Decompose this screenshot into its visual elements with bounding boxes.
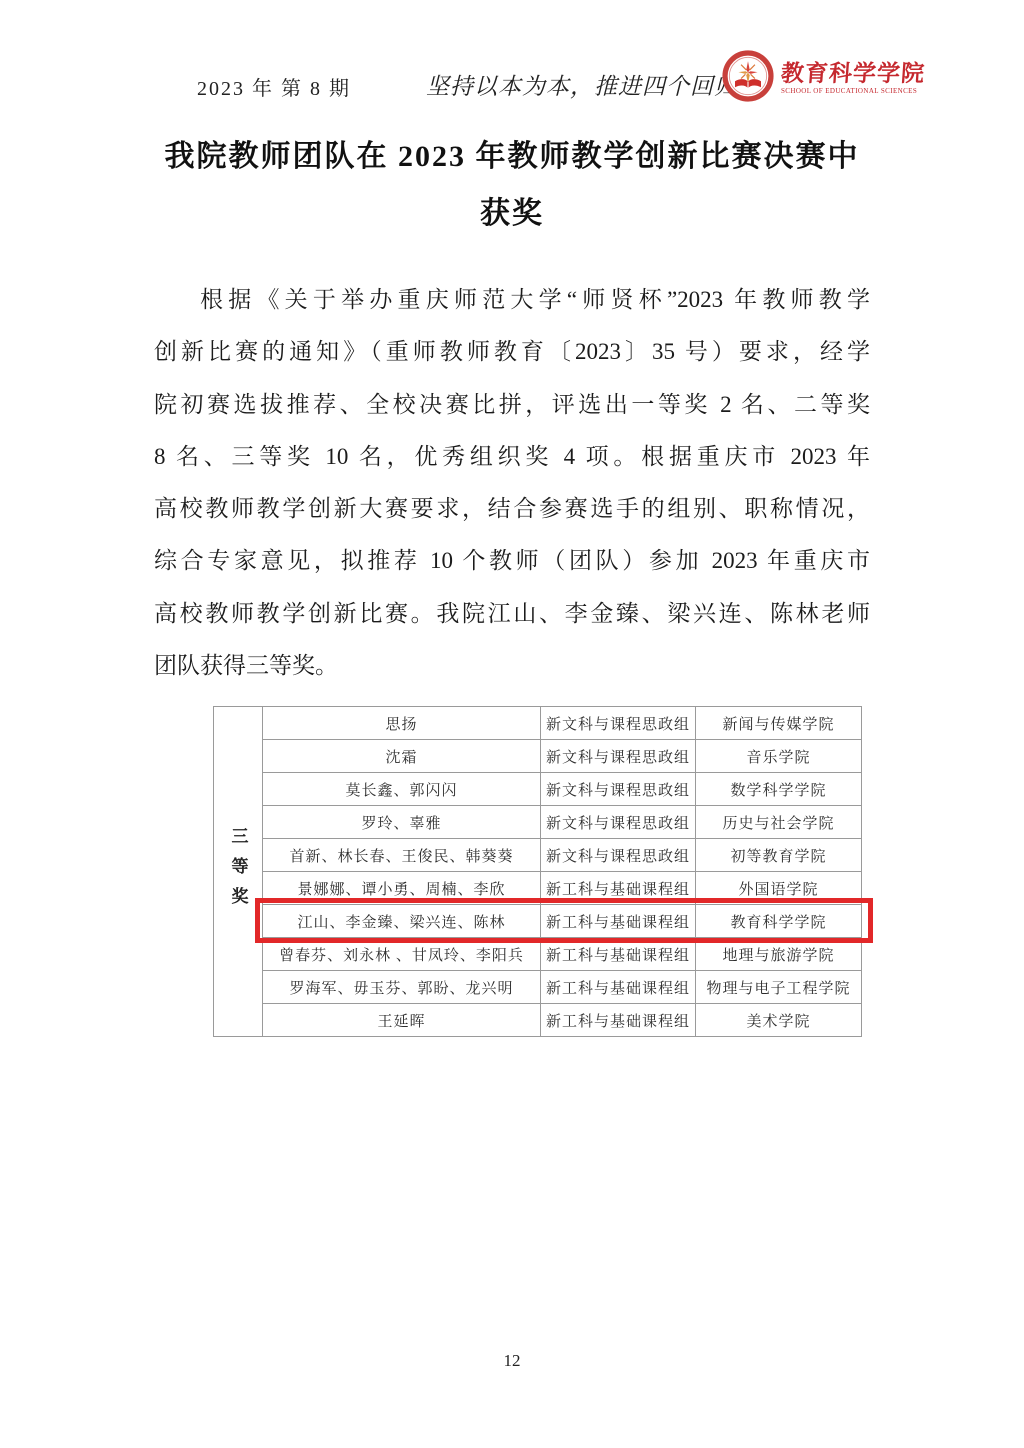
cell-names: 首新、林长春、王俊民、韩葵葵: [263, 839, 541, 872]
article-title: 我院教师团队在 2023 年教师教学创新比赛决赛中 获奖: [0, 128, 1024, 242]
article-title-line2: 获奖: [0, 185, 1024, 242]
paragraph-line: 8 名、三等奖 10 名，优秀组织奖 4 项。根据重庆市 2023 年: [154, 431, 870, 483]
paragraph-line: 综合专家意见，拟推荐 10 个教师（团队）参加 2023 年重庆市: [154, 535, 870, 587]
table-row: 景娜娜、谭小勇、周楠、李欣 新工科与基础课程组 外国语学院: [214, 872, 862, 905]
cell-group: 新工科与基础课程组: [541, 905, 696, 938]
paragraph-line: 创新比赛的通知》（重师教师教育〔2023〕35 号）要求，经学: [154, 326, 870, 378]
award-category-label: 三等奖: [226, 827, 251, 917]
cell-names: 莫长鑫、郭闪闪: [263, 773, 541, 806]
paragraph-line: 高校教师教学创新大赛要求，结合参赛选手的组别、职称情况，: [154, 483, 870, 535]
table-row: 曾春芬、刘永林 、甘凤玲、李阳兵 新工科与基础课程组 地理与旅游学院: [214, 938, 862, 971]
cell-names: 沈霜: [263, 740, 541, 773]
cell-group: 新工科与基础课程组: [541, 872, 696, 905]
table-row: 王延晖 新工科与基础课程组 美术学院: [214, 1004, 862, 1037]
cell-group: 新文科与课程思政组: [541, 806, 696, 839]
cell-names: 思扬: [263, 707, 541, 740]
issue-label: 2023 年 第 8 期: [197, 72, 351, 101]
cell-college: 数学科学学院: [696, 773, 862, 806]
table-row: 罗玲、辜雅 新文科与课程思政组 历史与社会学院: [214, 806, 862, 839]
cell-college: 教育科学学院: [696, 905, 862, 938]
cell-group: 新工科与基础课程组: [541, 938, 696, 971]
cell-college: 地理与旅游学院: [696, 938, 862, 971]
cell-college: 音乐学院: [696, 740, 862, 773]
table-row-highlighted: 江山、李金臻、梁兴连、陈林 新工科与基础课程组 教育科学学院: [214, 905, 862, 938]
bulletin-page: 2023 年 第 8 期 坚持以本为本，推进四个回归 教育科学学院 SCHOOL…: [0, 0, 1024, 1448]
cell-names: 景娜娜、谭小勇、周楠、李欣: [263, 872, 541, 905]
school-emblem-icon: [722, 50, 774, 107]
table-row: 罗海军、毋玉芬、郭盼、龙兴明 新工科与基础课程组 物理与电子工程学院: [214, 971, 862, 1004]
cell-names: 王延晖: [263, 1004, 541, 1037]
cell-names: 曾春芬、刘永林 、甘凤玲、李阳兵: [263, 938, 541, 971]
table-row: 三等奖 思扬 新文科与课程思政组 新闻与传媒学院: [214, 707, 862, 740]
cell-names: 罗玲、辜雅: [263, 806, 541, 839]
cell-group: 新工科与基础课程组: [541, 1004, 696, 1037]
logo-title: 教育科学学院: [780, 61, 926, 86]
cell-group: 新文科与课程思政组: [541, 740, 696, 773]
article-title-line1: 我院教师团队在 2023 年教师教学创新比赛决赛中: [0, 128, 1024, 185]
school-logo: 教育科学学院 SCHOOL OF EDUCATIONAL SCIENCES: [722, 50, 925, 107]
cell-group: 新文科与课程思政组: [541, 839, 696, 872]
page-number: 12: [0, 1351, 1024, 1371]
cell-college: 历史与社会学院: [696, 806, 862, 839]
cell-group: 新工科与基础课程组: [541, 971, 696, 1004]
cell-college: 物理与电子工程学院: [696, 971, 862, 1004]
article-body: 根据《关于举办重庆师范大学“师贤杯”2023 年教师教学 创新比赛的通知》（重师…: [154, 274, 870, 692]
table-row: 沈霜 新文科与课程思政组 音乐学院: [214, 740, 862, 773]
cell-group: 新文科与课程思政组: [541, 773, 696, 806]
header-slogan: 坚持以本为本，推进四个回归: [426, 68, 738, 101]
awards-table-wrapper: 三等奖 思扬 新文科与课程思政组 新闻与传媒学院 沈霜 新文科与课程思政组 音乐…: [213, 706, 861, 1037]
cell-group: 新文科与课程思政组: [541, 707, 696, 740]
cell-names: 罗海军、毋玉芬、郭盼、龙兴明: [263, 971, 541, 1004]
paragraph-line: 院初赛选拔推荐、全校决赛比拼，评选出一等奖 2 名、二等奖: [154, 379, 870, 431]
logo-text: 教育科学学院 SCHOOL OF EDUCATIONAL SCIENCES: [781, 61, 925, 96]
cell-college: 美术学院: [696, 1004, 862, 1037]
logo-subtitle: SCHOOL OF EDUCATIONAL SCIENCES: [781, 88, 925, 96]
awards-table: 三等奖 思扬 新文科与课程思政组 新闻与传媒学院 沈霜 新文科与课程思政组 音乐…: [213, 706, 862, 1037]
award-category-cell: 三等奖: [214, 707, 263, 1037]
table-row: 莫长鑫、郭闪闪 新文科与课程思政组 数学科学学院: [214, 773, 862, 806]
paragraph-line: 高校教师教学创新比赛。我院江山、李金臻、梁兴连、陈林老师: [154, 588, 870, 640]
table-row: 首新、林长春、王俊民、韩葵葵 新文科与课程思政组 初等教育学院: [214, 839, 862, 872]
paragraph-line: 团队获得三等奖。: [154, 640, 870, 692]
paragraph-line: 根据《关于举办重庆师范大学“师贤杯”2023 年教师教学: [154, 274, 870, 326]
cell-college: 初等教育学院: [696, 839, 862, 872]
cell-college: 外国语学院: [696, 872, 862, 905]
cell-college: 新闻与传媒学院: [696, 707, 862, 740]
cell-names: 江山、李金臻、梁兴连、陈林: [263, 905, 541, 938]
